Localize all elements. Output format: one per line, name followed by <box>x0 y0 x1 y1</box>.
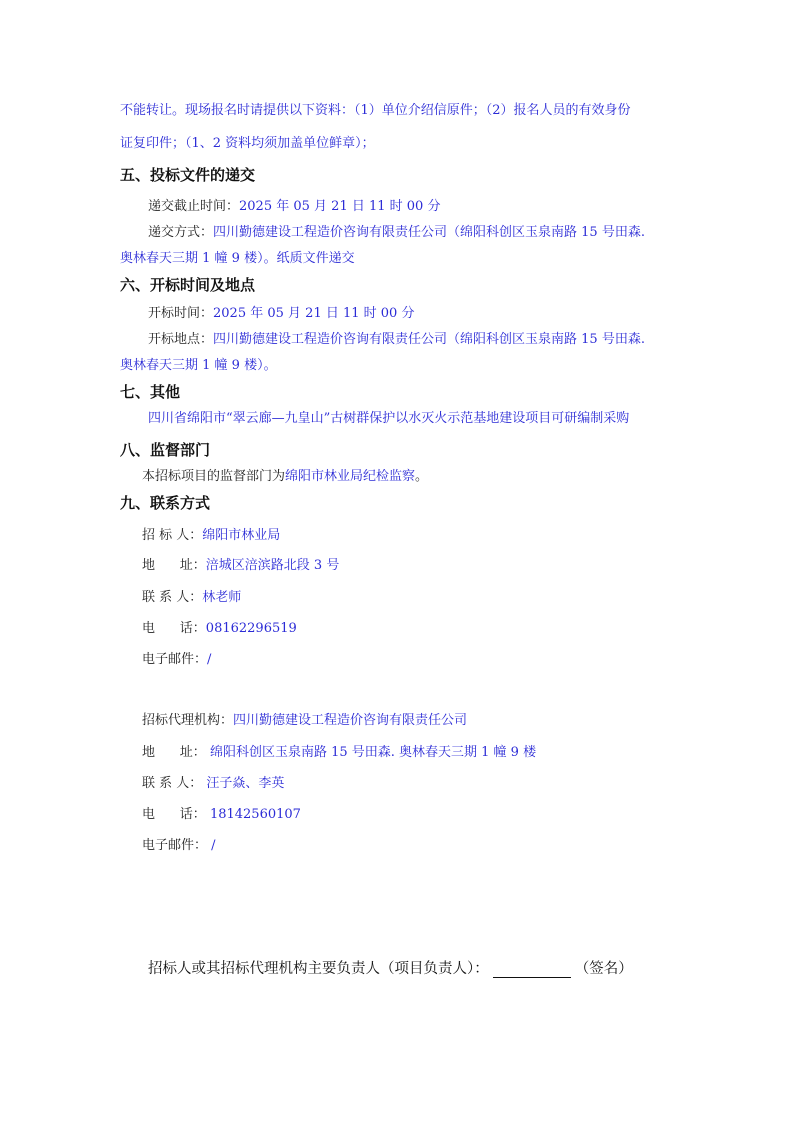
opening-time-label: 开标时间： <box>148 306 213 321</box>
tenderer-phone: 电 话：08162296519 <box>142 620 297 638</box>
submit-method-label: 递交方式： <box>148 225 213 240</box>
signature-line: 招标人或其招标代理机构主要负责人（项目负责人）：（签名） <box>148 960 633 978</box>
signature-label: 招标人或其招标代理机构主要负责人（项目负责人）： <box>148 961 489 977</box>
signature-suffix: （签名） <box>575 961 633 977</box>
supervision-prefix: 本招标项目的监督部门为 <box>142 469 285 484</box>
value: 绵阳科创区玉泉南路 15 号田森. 奥林春天三期 1 幢 9 楼 <box>210 745 536 760</box>
section-6-title: 六、开标时间及地点 <box>120 275 255 295</box>
opening-time-value: 2025 年 05 月 21 日 11 时 00 分 <box>213 306 414 321</box>
agency-address: 地 址： 绵阳科创区玉泉南路 15 号田森. 奥林春天三期 1 幢 9 楼 <box>142 744 536 762</box>
value: 18142560107 <box>210 807 301 822</box>
value: 涪城区涪滨路北段 3 号 <box>206 558 340 573</box>
intro-line-1: 不能转让。现场报名时请提供以下资料：（1）单位介绍信原件；（2）报名人员的有效身… <box>120 102 631 120</box>
section-7-title: 七、其他 <box>120 382 180 402</box>
opening-place-value: 四川勤德建设工程造价咨询有限责任公司（绵阳科创区玉泉南路 15 号田森. <box>213 332 645 347</box>
label: 电 话： <box>142 807 206 822</box>
label: 招标代理机构： <box>142 713 233 728</box>
submit-method-cont: 奥林春天三期 1 幢 9 楼）。纸质文件递交 <box>120 250 355 268</box>
label: 联 系 人： <box>142 776 202 791</box>
value: 四川勤德建设工程造价咨询有限责任公司 <box>233 713 467 728</box>
agency-phone: 电 话： 18142560107 <box>142 806 301 824</box>
value: 08162296519 <box>206 621 297 636</box>
tenderer-contact-person: 联 系 人：林老师 <box>142 589 241 607</box>
value: 林老师 <box>202 590 241 605</box>
label: 电 话： <box>142 621 206 636</box>
section-8-text: 本招标项目的监督部门为绵阳市林业局纪检监察。 <box>142 468 428 486</box>
opening-place: 开标地点：四川勤德建设工程造价咨询有限责任公司（绵阳科创区玉泉南路 15 号田森… <box>148 331 645 349</box>
value: 绵阳市林业局 <box>202 528 280 543</box>
section-9-title: 九、联系方式 <box>120 493 210 513</box>
value: 汪子焱、李英 <box>206 776 284 791</box>
label: 电子邮件： <box>142 838 207 853</box>
label: 联 系 人： <box>142 590 202 605</box>
agency-name: 招标代理机构：四川勤德建设工程造价咨询有限责任公司 <box>142 712 467 730</box>
section-5-title: 五、投标文件的递交 <box>120 165 255 185</box>
tenderer-email: 电子邮件：/ <box>142 651 211 669</box>
value: / <box>211 838 215 853</box>
opening-place-label: 开标地点： <box>148 332 213 347</box>
tenderer-name: 招 标 人：绵阳市林业局 <box>142 527 280 545</box>
submit-deadline: 递交截止时间：2025 年 05 月 21 日 11 时 00 分 <box>148 198 440 216</box>
opening-time: 开标时间：2025 年 05 月 21 日 11 时 00 分 <box>148 305 414 323</box>
section-8-title: 八、监督部门 <box>120 440 210 460</box>
label: 地 址： <box>142 745 206 760</box>
label: 招 标 人： <box>142 528 202 543</box>
agency-contact-person: 联 系 人： 汪子焱、李英 <box>142 775 284 793</box>
signature-field[interactable] <box>493 963 571 978</box>
tenderer-address: 地 址：涪城区涪滨路北段 3 号 <box>142 557 339 575</box>
label: 电子邮件： <box>142 652 207 667</box>
label: 地 址： <box>142 558 206 573</box>
submit-method: 递交方式：四川勤德建设工程造价咨询有限责任公司（绵阳科创区玉泉南路 15 号田森… <box>148 224 645 242</box>
submit-deadline-value: 2025 年 05 月 21 日 11 时 00 分 <box>239 199 440 214</box>
submit-method-value: 四川勤德建设工程造价咨询有限责任公司（绵阳科创区玉泉南路 15 号田森. <box>213 225 645 240</box>
intro-line-2: 证复印件；（1、2 资料均须加盖单位鲜章）； <box>120 135 375 153</box>
opening-place-cont: 奥林春天三期 1 幢 9 楼）。 <box>120 357 277 375</box>
supervision-dept: 绵阳市林业局纪检监察 <box>285 469 415 484</box>
section-7-text: 四川省绵阳市“翠云廊—九皇山”古树群保护以水灭火示范基地建设项目可研编制采购 <box>148 410 629 428</box>
submit-deadline-label: 递交截止时间： <box>148 199 239 214</box>
value: / <box>207 652 211 667</box>
supervision-suffix: 。 <box>415 469 428 484</box>
agency-email: 电子邮件： / <box>142 837 216 855</box>
